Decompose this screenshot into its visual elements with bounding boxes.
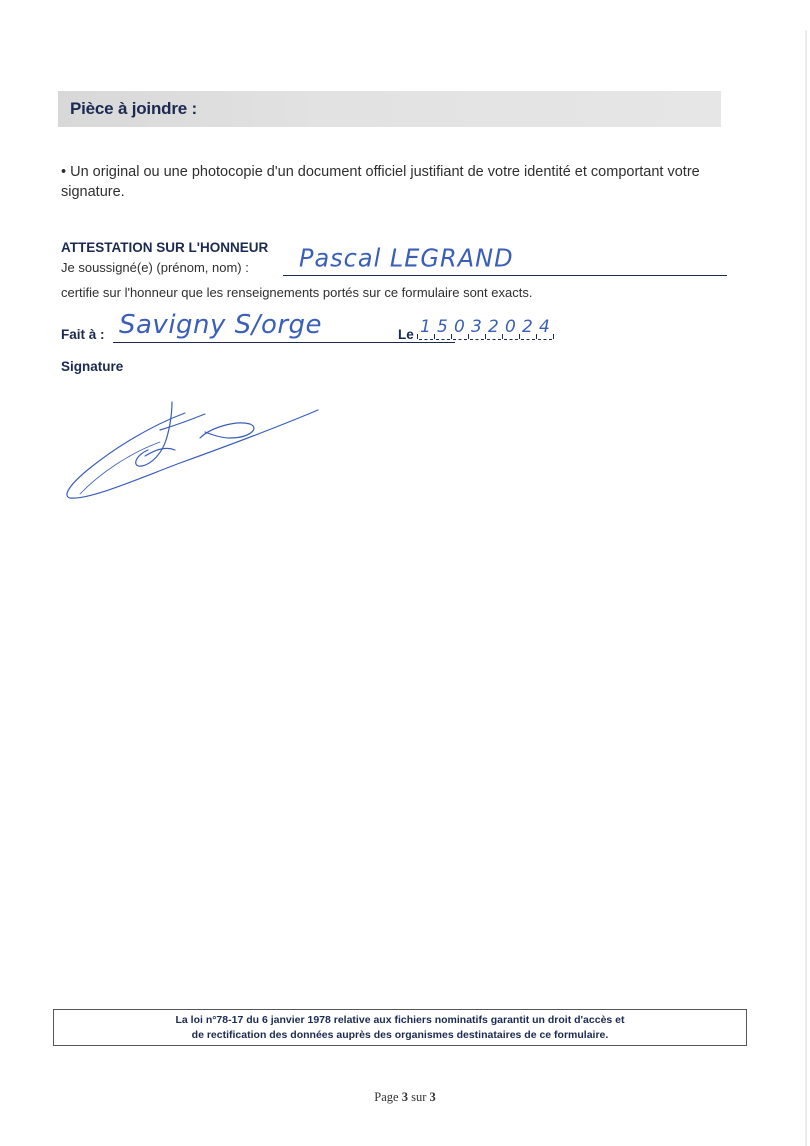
section-title: Pièce à joindre : (70, 99, 197, 119)
legal-notice-box: La loi n°78-17 du 6 janvier 1978 relativ… (53, 1009, 747, 1046)
place-field-line[interactable] (113, 342, 455, 343)
name-field-line[interactable] (283, 275, 727, 276)
page-number: Page 3 sur 3 (0, 1090, 810, 1105)
date-digit: 4 (539, 317, 550, 337)
date-digit: 0 (505, 317, 516, 337)
date-digit-cell[interactable]: 2 (487, 314, 501, 340)
place-field-label: Fait à : (61, 327, 105, 342)
handwritten-signature[interactable] (60, 398, 330, 506)
date-digit: 2 (522, 317, 533, 337)
name-field-value[interactable]: Pascal LEGRAND (299, 243, 514, 272)
date-digit: 0 (454, 317, 465, 337)
section-header-piece-a-joindre: Pièce à joindre : (58, 91, 721, 127)
name-field-label: Je soussigné(e) (prénom, nom) : (61, 260, 249, 275)
name-field-row: Je soussigné(e) (prénom, nom) : Pascal L… (61, 258, 731, 278)
date-digit-cell[interactable]: 1 (419, 314, 433, 340)
date-digit-cell[interactable]: 0 (504, 314, 518, 340)
date-digit-cell[interactable]: 5 (436, 314, 450, 340)
date-digit-cell[interactable]: 2 (521, 314, 535, 340)
place-field-value[interactable]: Savigny S/orge (119, 310, 322, 340)
page-current: 3 (402, 1090, 408, 1104)
date-field[interactable]: 1 5 0 3 2 0 2 4 (419, 314, 555, 340)
place-date-row: Fait à : Savigny S/orge Le 1 5 0 3 2 0 2… (61, 310, 581, 350)
legal-notice-line-2: de rectification des données auprès des … (192, 1028, 609, 1043)
signature-label: Signature (61, 359, 123, 374)
date-digit: 1 (420, 317, 431, 337)
date-digit-cell[interactable]: 3 (470, 314, 484, 340)
scan-edge-shadow (805, 30, 807, 1146)
certify-statement: certifie sur l'honneur que les renseigne… (61, 285, 532, 300)
date-digit: 2 (488, 317, 499, 337)
date-digit: 3 (471, 317, 482, 337)
attestation-title: ATTESTATION SUR L'HONNEUR (61, 240, 268, 255)
page-total: 3 (429, 1090, 435, 1104)
bullet-icon: • (61, 164, 66, 180)
required-document-item: • Un original ou une photocopie d'un doc… (61, 162, 711, 202)
date-field-label: Le (398, 327, 414, 342)
page-separator: sur (411, 1090, 426, 1104)
date-digit-cell[interactable]: 4 (538, 314, 552, 340)
date-digit-cell[interactable]: 0 (453, 314, 467, 340)
required-document-text: Un original ou une photocopie d'un docum… (61, 164, 700, 200)
date-digit: 5 (437, 317, 448, 337)
legal-notice-line-1: La loi n°78-17 du 6 janvier 1978 relativ… (175, 1013, 624, 1028)
page-prefix: Page (374, 1090, 398, 1104)
